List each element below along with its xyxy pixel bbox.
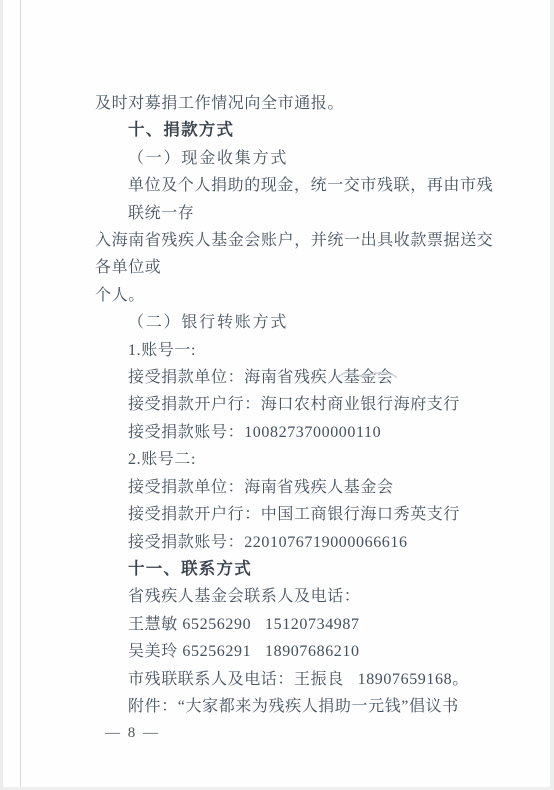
scan-left-fold-line [20,0,21,790]
account-1-label: 1.账号一: [95,337,505,364]
contact-line-1: 王慧敏 65256290 15120734987 [95,611,505,638]
cash-paragraph-line-2: 入海南省残疾人基金会账户，并统一出具收款票据送交各单位或 [95,227,505,282]
account-2-bank: 接受捐款开户行：中国工商银行海口秀英支行 [95,501,505,528]
scanned-document-page: 及时对募捐工作情况向全市通报。 十、捐款方式 （一）现金收集方式 单位及个人捐助… [0,0,554,790]
scan-left-edge-shade [0,0,3,790]
account-1-recipient: 接受捐款单位：海南省残疾人基金会 [95,364,505,391]
page-number: — 8 — [95,720,505,747]
attachment-line: 附件：“大家都来为残疾人捐助一元钱”倡议书 [95,693,505,720]
section-10-heading: 十、捐款方式 [95,117,505,144]
account-1-number: 接受捐款账号：1008273700000110 [95,419,505,446]
scan-right-edge-shade [550,0,554,790]
cash-method-subheading: （一）现金收集方式 [95,145,505,172]
intro-line: 及时对募捐工作情况向全市通报。 [95,90,505,117]
account-2-number: 接受捐款账号：2201076719000066616 [95,529,505,556]
cash-paragraph-line-1: 单位及个人捐助的现金，统一交市残联，再由市残联统一存 [95,172,505,227]
bank-transfer-subheading: （二）银行转账方式 [95,309,505,336]
cash-paragraph-line-3: 个人。 [95,282,505,309]
document-body: 及时对募捐工作情况向全市通报。 十、捐款方式 （一）现金收集方式 单位及个人捐助… [95,90,505,748]
account-1-bank: 接受捐款开户行：海口农村商业银行海府支行 [95,391,505,418]
section-11-heading: 十一、联系方式 [95,556,505,583]
contact-line-2: 吴美玲 65256291 18907686210 [95,638,505,665]
contact-line-3: 市残联联系人及电话：王振良 18907659168。 [95,666,505,693]
contacts-intro: 省残疾人基金会联系人及电话： [95,583,505,610]
scan-artifact-squiggle [336,366,398,382]
account-2-recipient: 接受捐款单位：海南省残疾人基金会 [95,474,505,501]
account-2-label: 2.账号二: [95,446,505,473]
